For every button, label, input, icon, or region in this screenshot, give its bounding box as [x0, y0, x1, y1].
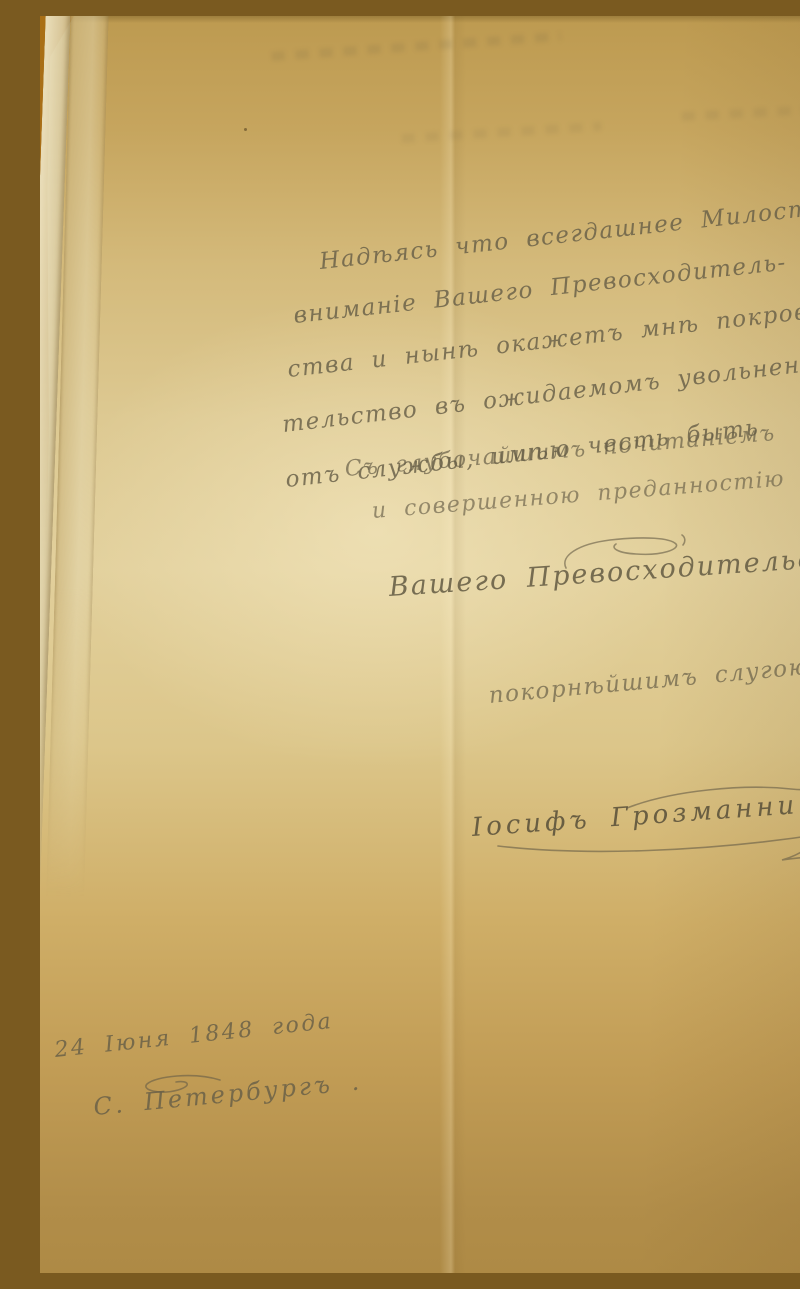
- page-top-edge: [40, 16, 800, 23]
- manuscript-photo: Надѣясь что всегдашнее Милостивое вниман…: [40, 16, 800, 1273]
- ink-speck: [244, 128, 247, 131]
- signature-underline-flourish: [492, 828, 800, 870]
- fold-crease: [440, 16, 466, 1273]
